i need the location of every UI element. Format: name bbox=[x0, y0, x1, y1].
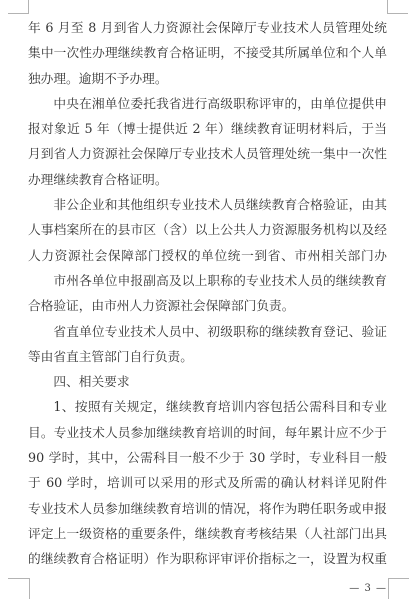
text-line: 非公企业和其他组织专业技术人员继续教育合格验证，由其 bbox=[28, 192, 387, 217]
text-boundary-mark-bottom-left bbox=[8, 578, 30, 599]
text-line: 省直单位专业技术人员中、初级职称的继续教育登记、验证 bbox=[28, 319, 387, 344]
text-boundary-mark-top-left bbox=[8, 0, 29, 14]
text-boundary-mark-top-right bbox=[387, 0, 408, 14]
text-line: 于 60 学时，培训可以采用的形式及所需的确认材料详见附件 4。 bbox=[28, 470, 387, 495]
text-line: 1、按照有关规定，继续教育培训内容包括公需科目和专业科 bbox=[28, 394, 387, 419]
text-boundary-mark-bottom-right bbox=[388, 578, 409, 599]
text-line: 集中一次性办理继续教育合格证明，不接受其所属单位和个人单 bbox=[28, 40, 387, 65]
document-body: 年 6 月至 8 月到省人力资源社会保障厅专业技术人员管理处统一集中一次性办理继… bbox=[28, 15, 387, 572]
text-line: 报对象近 5 年（博士提供近 2 年）继续教育证明材料后，于当年 9 bbox=[28, 116, 387, 141]
page-number: — 3 — bbox=[28, 582, 387, 596]
text-line: 中央在湘单位委托我省进行高级职称评审的，由单位提供申 bbox=[28, 91, 387, 116]
text-line: 合格验证，由市州人力资源社会保障部门负责。 bbox=[28, 293, 387, 318]
text-line: 年 6 月至 8 月到省人力资源社会保障厅专业技术人员管理处统一 bbox=[28, 15, 387, 40]
text-line: 人力资源社会保障部门授权的单位统一到省、市州相关部门办理。 bbox=[28, 243, 387, 268]
text-line: 等由省直主管部门自行负责。 bbox=[28, 344, 387, 369]
text-line: 评定上一级资格的重要条件，继续教育考核结果（人社部门出具 bbox=[28, 521, 387, 546]
text-line: 独办理。逾期不予办理。 bbox=[28, 66, 387, 91]
text-line: 的继续教育合格证明）作为职称评审评价指标之一，设置为权重 bbox=[28, 546, 387, 571]
text-line: 四、相关要求 bbox=[28, 369, 387, 394]
text-line: 90 学时，其中，公需科目一般不少于 30 学时，专业科目一般不少 bbox=[28, 445, 387, 470]
text-line: 人事档案所在的县市区（含）以上公共人力资源服务机构以及经 bbox=[28, 217, 387, 242]
text-line: 办理继续教育合格证明。 bbox=[28, 167, 387, 192]
text-line: 目。专业技术人员参加继续教育培训的时间，每年累计应不少于 bbox=[28, 420, 387, 445]
text-line: 专业技术人员参加继续教育培训的情况，将作为聘任职务或申报 bbox=[28, 496, 387, 521]
text-line: 月到省人力资源社会保障厅专业技术人员管理处统一集中一次性 bbox=[28, 141, 387, 166]
document-page: 年 6 月至 8 月到省人力资源社会保障厅专业技术人员管理处统一集中一次性办理继… bbox=[0, 0, 415, 600]
text-line: 市州各单位申报副高及以上职称的专业技术人员的继续教育 bbox=[28, 268, 387, 293]
